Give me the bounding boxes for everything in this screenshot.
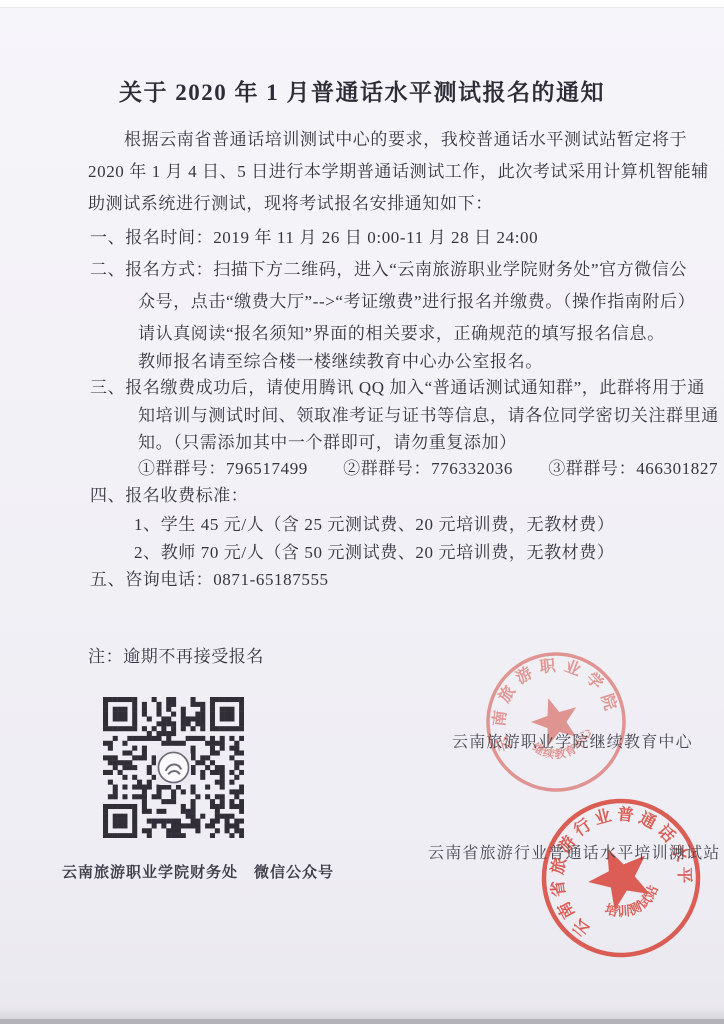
body-line: 教师报名请至综合楼一楼继续教育中心办公室报名。 <box>138 350 543 374</box>
scan-edge-shadow <box>0 1007 724 1019</box>
body-line: 五、咨询电话：0871-65187555 <box>90 568 329 592</box>
body-line: 请认真阅读“报名须知”界面的相关要求，正确规范的填写报名信息。 <box>138 322 665 346</box>
body-line: 2、教师 70 元/人（含 50 元测试费、20 元培训费，无教材费） <box>134 541 614 565</box>
qr-code <box>103 697 244 838</box>
body-line: 知。（只需添加其中一个群即可，请勿重复添加） <box>138 431 517 455</box>
body-line: ①群群号：796517499 ②群群号：776332036 ③群群号：46630… <box>138 457 718 481</box>
body-line: 一、报名时间：2019 年 11 月 26 日 0:00-11 月 28 日 2… <box>90 226 538 250</box>
continuing-education-seal: 云南旅游职业学院继续教育中心 <box>481 647 631 797</box>
continuing-education-center-label: 云南旅游职业学院继续教育中心 <box>452 729 693 752</box>
scan-edge-bottom <box>0 1019 724 1024</box>
body-line: 四、报名收费标准： <box>90 484 248 508</box>
test-station-seal: 云南省旅游行业普通话水平培训测试站 <box>536 793 706 963</box>
body-line: 2020 年 1 月 4 日、5 日进行本学期普通话测试工作，此次考试采用计算机… <box>88 160 709 184</box>
page-title: 关于 2020 年 1 月普通话水平测试报名的通知 <box>0 74 724 107</box>
scan-edge-top <box>0 0 724 8</box>
body-line: 众号，点击“缴费大厅”-->“考证缴费”进行报名并缴费。（操作指南附后） <box>138 290 695 314</box>
scanned-notice-page: 关于 2020 年 1 月普通话水平测试报名的通知 根据云南省普通话培训测试中心… <box>0 0 724 1024</box>
body-line: 二、报名方式：扫描下方二维码，进入“云南旅游职业学院财务处”官方微信公 <box>90 258 687 282</box>
body-line: 根据云南省普通话培训测试中心的要求，我校普通话水平测试站暂定将于 <box>124 128 687 152</box>
body-line: 三、报名缴费成功后，请使用腾讯 QQ 加入“普通话测试通知群”，此群将用于通 <box>90 376 705 400</box>
body-line: 知培训与测试时间、领取准考证与证书等信息，请各位同学密切关注群里通 <box>138 404 719 428</box>
body-line: 助测试系统进行测试，现将考试报名安排通知如下： <box>88 192 493 216</box>
qr-caption: 云南旅游职业学院财务处 微信公众号 <box>62 861 334 882</box>
body-line: 注：逾期不再接受报名 <box>88 645 264 669</box>
body-line: 1、学生 45 元/人（含 25 元测试费、20 元培训费，无教材费） <box>134 513 614 537</box>
test-station-label: 云南省旅游行业普通话水平培训测试站 <box>428 840 720 863</box>
